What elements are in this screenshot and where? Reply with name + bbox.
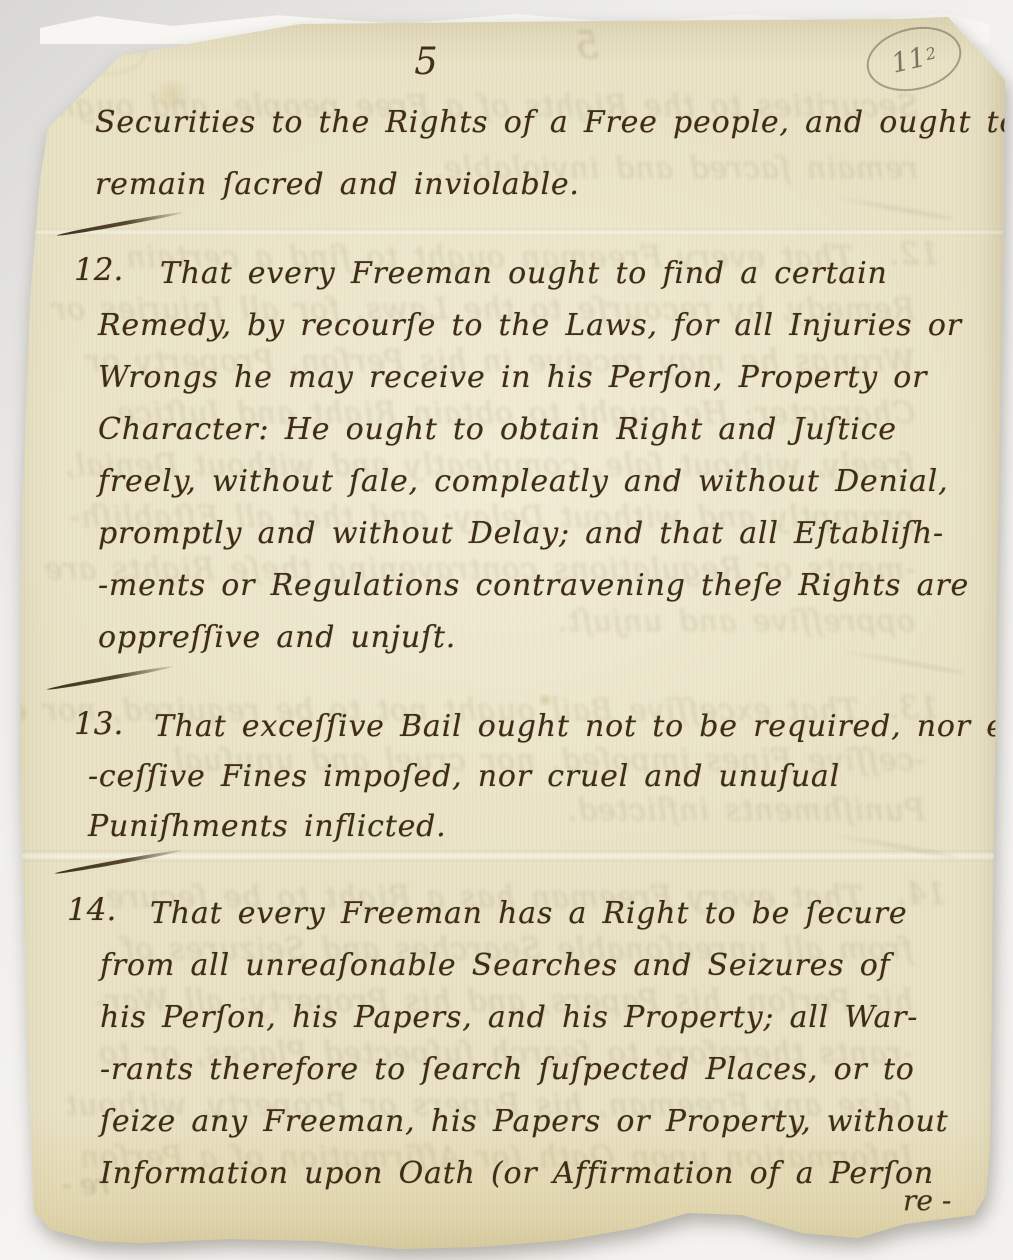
page-number: 5 <box>396 40 456 83</box>
ink-layer: 5 112 Securities to the Rights of a Free… <box>0 0 1013 1260</box>
manuscript-line: Puniſhments inflicted. <box>88 802 1013 852</box>
manuscript-line: remain ſacred and inviolable. <box>95 154 1013 216</box>
manuscript-line: Remedy, by recourſe to the Laws, for all… <box>98 300 969 352</box>
article-number: 14. <box>67 892 116 928</box>
manuscript-line: Information upon Oath (or Affirmation of… <box>100 1148 948 1200</box>
separator-stroke <box>55 849 182 875</box>
manuscript-line: -ments or Regulations contravening theſe… <box>98 560 969 612</box>
catchword: re - <box>903 1184 951 1217</box>
manuscript-line: promptly and without Delay; and that all… <box>98 508 969 560</box>
manuscript-line: Securities to the Rights of a Free peopl… <box>95 92 1013 154</box>
article-12: 12.That every Freeman ought to find a ce… <box>98 248 969 664</box>
manuscript-line: freely, without ſale, compleatly and wit… <box>98 456 969 508</box>
intro-paragraph: Securities to the Rights of a Free peopl… <box>95 92 1013 216</box>
manuscript-line: his Perſon, his Papers, and his Property… <box>100 992 948 1044</box>
article-number: 12. <box>74 252 123 288</box>
article-14: 14.That every Freeman has a Right to be … <box>100 888 948 1200</box>
manuscript-line: -rants therefore to ſearch ſuſpected Pla… <box>100 1044 948 1096</box>
manuscript-line: ſeize any Freeman, his Papers or Propert… <box>100 1096 948 1148</box>
article-number: 13. <box>74 706 123 742</box>
manuscript-line: oppreſſive and unjuſt. <box>98 612 969 664</box>
manuscript-line: That exceſſive Bail ought not to be requ… <box>88 702 1013 752</box>
manuscript-line: from all unreaſonable Searches and Seizu… <box>100 940 948 992</box>
foliation-number: 11 <box>888 41 928 79</box>
manuscript-line: -ceſſive Fines impoſed, nor cruel and un… <box>88 752 1013 802</box>
manuscript-line: Wrongs he may receive in his Perſon, Pro… <box>98 352 969 404</box>
manuscript-line: That every Freeman ought to find a certa… <box>98 248 969 300</box>
manuscript-line: That every Freeman has a Right to be ſec… <box>100 888 948 940</box>
manuscript-paper: 5 112 Securities to the Rights of a Free… <box>0 0 1013 1260</box>
foliation-mark: 112 <box>860 18 967 100</box>
manuscript-line: Character: He ought to obtain Right and … <box>98 404 969 456</box>
separator-stroke <box>47 665 174 691</box>
manuscript-page-wrap: 5 112 Securities to the Rights of a Free… <box>0 0 1013 1260</box>
article-13: 13.That exceſſive Bail ought not to be r… <box>88 702 1013 852</box>
